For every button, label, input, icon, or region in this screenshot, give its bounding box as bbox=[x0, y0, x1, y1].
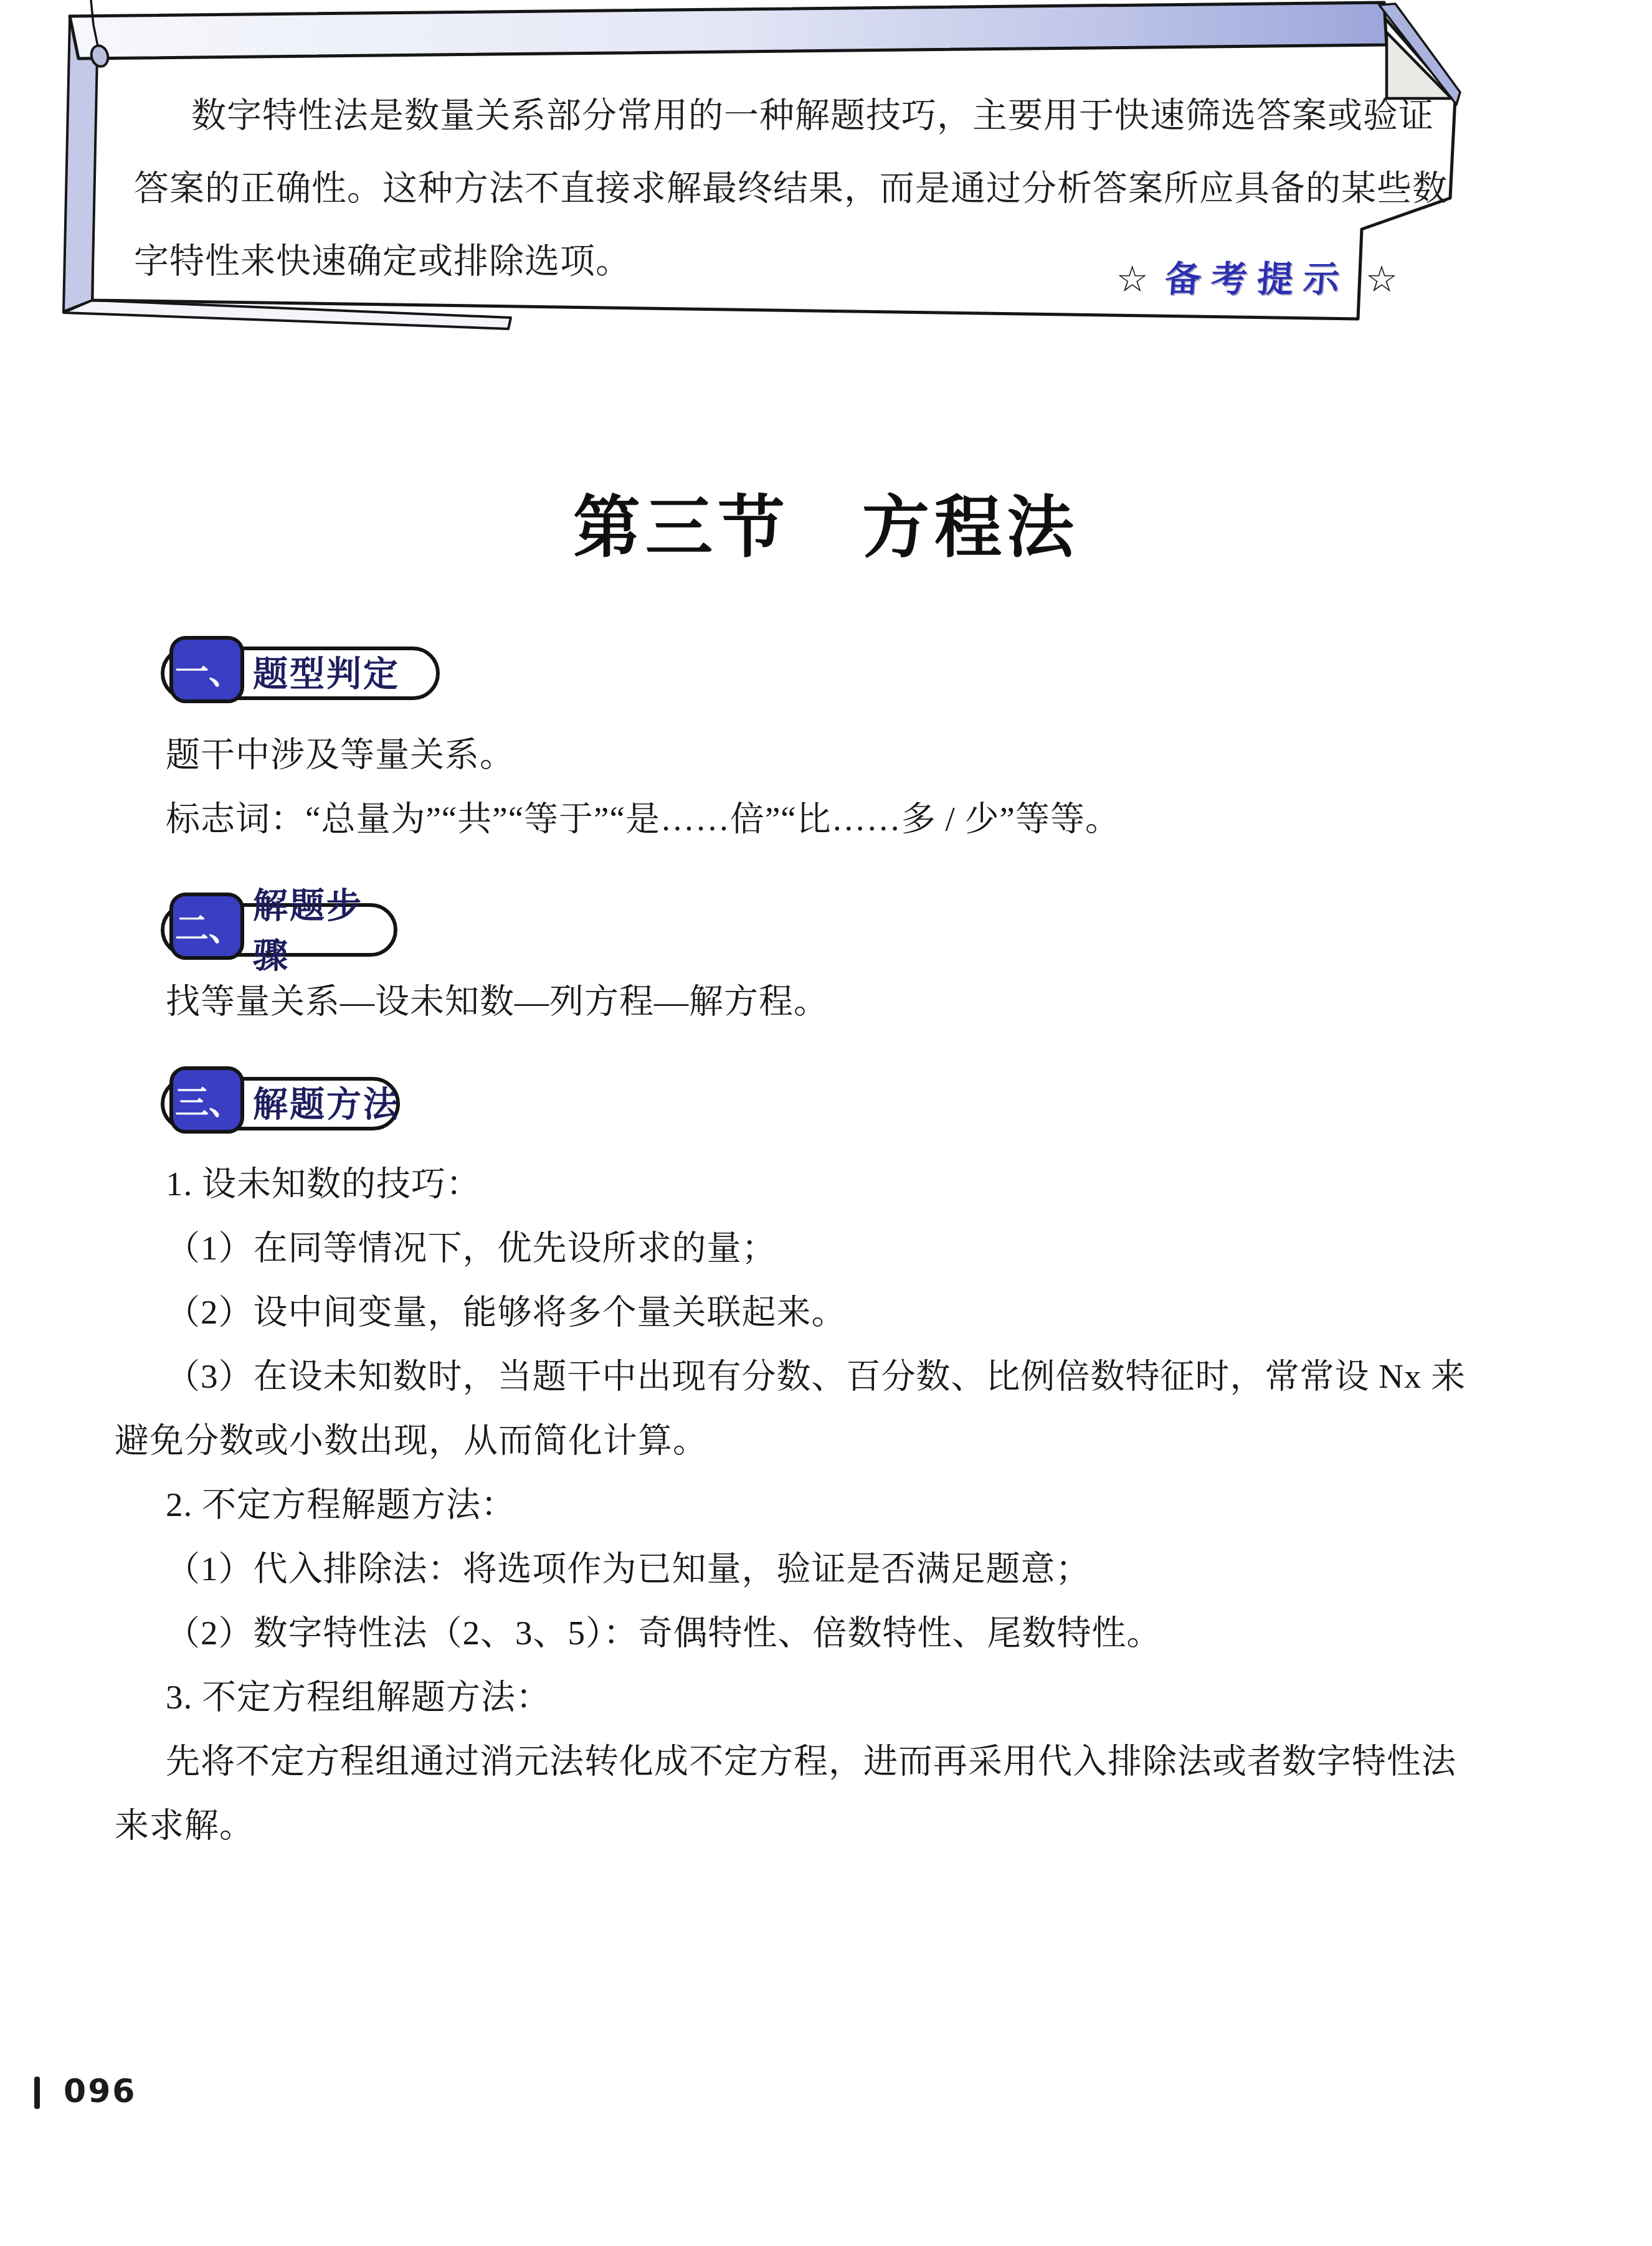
body-line: 标志词：“总量为”“共”“等于”“是……倍”“比……多 / 少”等等。 bbox=[115, 787, 1541, 851]
body-line: 1. 设未知数的技巧： bbox=[115, 1152, 1541, 1216]
body-line: 题干中涉及等量关系。 bbox=[115, 723, 1541, 787]
note-line: 数字特性法是数量关系部分常用的一种解题技巧，主要用于快速筛选答案或验证 bbox=[134, 80, 1473, 153]
body-line: 3. 不定方程组解题方法： bbox=[115, 1665, 1541, 1729]
exam-tip-stamp: ☆ 备考提示 ☆ bbox=[1110, 252, 1404, 308]
body-line: （1）代入排除法：将选项作为已知量，验证是否满足题意； bbox=[115, 1537, 1541, 1601]
section-1-text: 题干中涉及等量关系。 标志词：“总量为”“共”“等于”“是……倍”“比……多 /… bbox=[115, 723, 1541, 851]
note-line: 答案的正确性。这种方法不直接求解最终结果，而是通过分析答案所应具备的某些数 bbox=[134, 153, 1473, 225]
badge-number: 二、 bbox=[169, 893, 244, 960]
badge-label: 解题方法 bbox=[253, 1077, 400, 1127]
body-line: 找等量关系—设未知数—列方程—解方程。 bbox=[115, 969, 1541, 1033]
page-number: 096 bbox=[64, 2073, 137, 2110]
textbook-page: 数字特性法是数量关系部分常用的一种解题技巧，主要用于快速筛选答案或验证 答案的正… bbox=[0, 0, 1652, 2246]
body-line: 避免分数或小数出现，从而简化计算。 bbox=[115, 1408, 1541, 1472]
section-2-text: 找等量关系—设未知数—列方程—解方程。 bbox=[115, 969, 1541, 1033]
exam-tip-label: 备考提示 bbox=[1163, 252, 1351, 308]
body-line: 先将不定方程组通过消元法转化成不定方程，进而再采用代入排除法或者数字特性法 bbox=[115, 1729, 1541, 1793]
body-line: （1）在同等情况下，优先设所求的量； bbox=[115, 1216, 1541, 1280]
body-line: （3）在设未知数时，当题干中出现有分数、百分数、比例倍数特征时，常常设 Nx 来 bbox=[115, 1344, 1541, 1408]
body-line: 来求解。 bbox=[115, 1793, 1541, 1857]
heading-badge-solution-methods: 三、 解题方法 bbox=[161, 1066, 400, 1134]
badge-number: 三、 bbox=[169, 1066, 244, 1134]
body-line: （2）设中间变量，能够将多个量关联起来。 bbox=[115, 1280, 1541, 1344]
badge-label: 题型判定 bbox=[253, 647, 400, 696]
body-line: （2）数字特性法（2、3、5）：奇偶特性、倍数特性、尾数特性。 bbox=[115, 1601, 1541, 1665]
badge-number: 一、 bbox=[169, 636, 244, 703]
paper-left-edge bbox=[64, 19, 97, 311]
heading-badge-question-type: 一、 题型判定 bbox=[161, 636, 440, 703]
star-icon: ☆ bbox=[1359, 259, 1404, 300]
page-title: 第三节 方程法 bbox=[0, 473, 1652, 570]
heading-badge-solution-steps: 二、 解题步骤 bbox=[161, 893, 397, 960]
footer-divider bbox=[34, 2077, 40, 2109]
star-icon: ☆ bbox=[1110, 259, 1155, 300]
badge-label: 解题步骤 bbox=[253, 903, 397, 953]
section-3-text: 1. 设未知数的技巧： （1）在同等情况下，优先设所求的量； （2）设中间变量，… bbox=[115, 1152, 1541, 1857]
body-line: 2. 不定方程解题方法： bbox=[115, 1472, 1541, 1537]
